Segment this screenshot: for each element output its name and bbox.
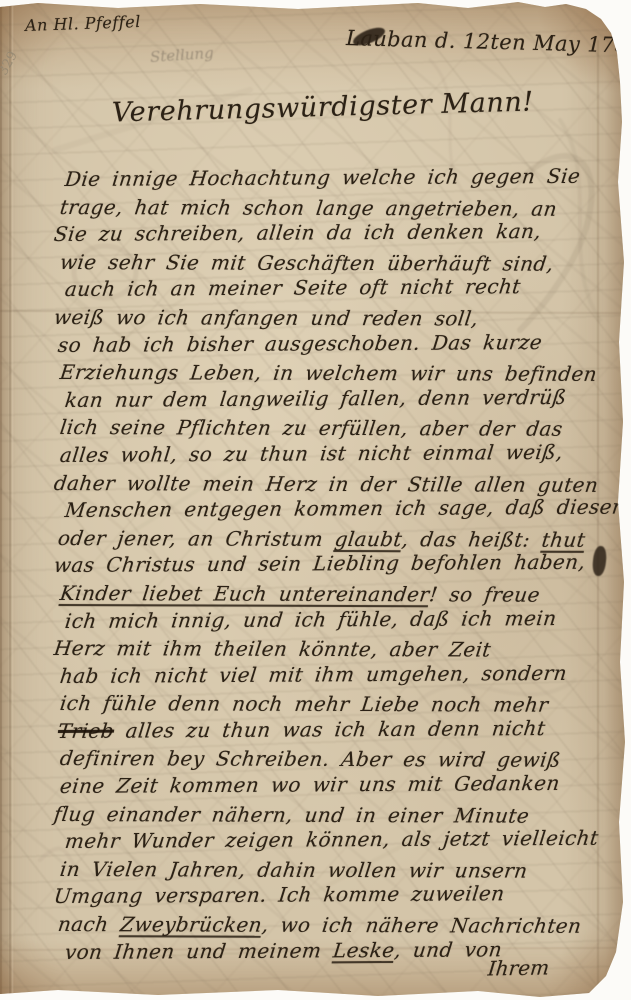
- gutter-fold-highlight: [12, 0, 13, 1000]
- manuscript-page: An Hl. Pfeffel 329 Stellung Lauban d. 12…: [0, 0, 631, 1000]
- manuscript-line: Umgang versparen. Ich komme zuweilen: [52, 880, 609, 911]
- manuscript-line: hab ich nicht viel mit ihm umgehen, sond…: [58, 659, 609, 690]
- manuscript-line: auch ich an meiner Seite oft nicht recht: [63, 273, 609, 304]
- gutter-fold-line: [9, 0, 11, 1000]
- recipient-annotation: An Hl. Pfeffel: [25, 12, 141, 35]
- catchword: Ihrem: [487, 955, 551, 980]
- manuscript-line: Trieb alles zu thun was ich kan denn nic…: [56, 715, 609, 746]
- letter-body: Die innige Hochachtung welche ich gegen …: [60, 166, 607, 966]
- dateline: Lauban d. 12ten May 1782.: [346, 26, 631, 58]
- ink-stain-top-right-corner: [601, 4, 618, 17]
- manuscript-line: mehr Wunder zeigen können, als jetzt vie…: [63, 825, 609, 856]
- manuscript-line: Die innige Hochachtung welche ich gegen …: [63, 163, 609, 194]
- salutation: Verehrungswürdigster Mann!: [112, 86, 535, 128]
- manuscript-line: alles wohl, so zu thun ist nicht einmal …: [58, 439, 609, 470]
- manuscript-line: kan nur dem langweilig fallen, denn verd…: [63, 383, 609, 414]
- manuscript-line: so hab ich bisher ausgeschoben. Das kurz…: [56, 328, 609, 359]
- manuscript-line: Menschen entgegen kommen ich sage, daß d…: [63, 494, 609, 525]
- pencil-ghost-word: Stellung: [149, 44, 214, 66]
- manuscript-line: was Christus und sein Liebling befohlen …: [52, 549, 609, 580]
- manuscript-line: ich mich innig, und ich fühle, daß ich m…: [63, 604, 609, 635]
- manuscript-line: Sie zu schreiben, allein da ich denken k…: [52, 218, 609, 249]
- manuscript-line: eine Zeit kommen wo wir uns mit Gedanken: [58, 770, 609, 801]
- scan-background: An Hl. Pfeffel 329 Stellung Lauban d. 12…: [0, 0, 631, 1000]
- archival-margin-number: 329: [0, 49, 21, 78]
